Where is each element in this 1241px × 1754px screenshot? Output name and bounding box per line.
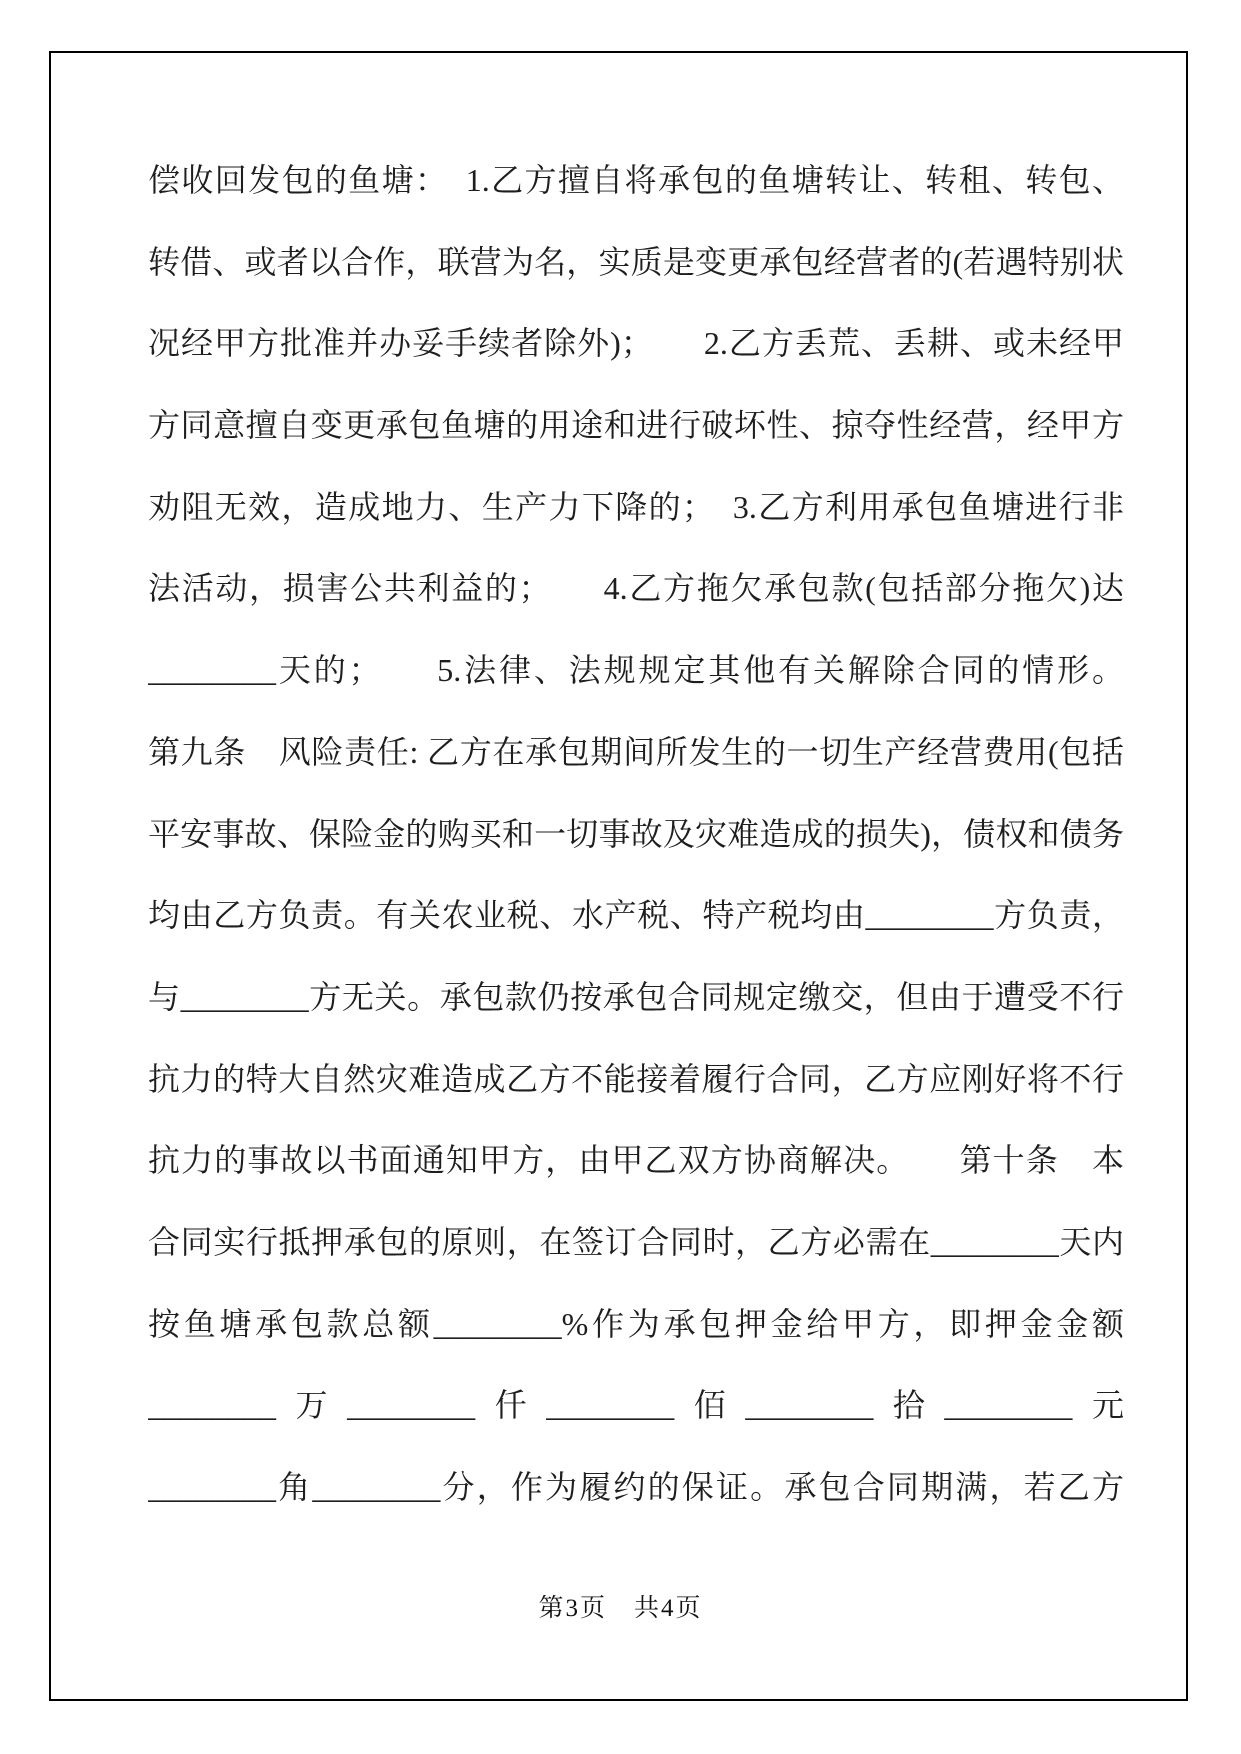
text-line: ________万________仟________佰________拾____… bbox=[148, 1365, 1124, 1447]
text-line: 偿收回发包的鱼塘： 1.乙方擅自将承包的鱼塘转让、转租、转包、 bbox=[148, 140, 1124, 222]
text-line: ________角________分，作为履约的保证。承包合同期满，若乙方 bbox=[148, 1447, 1124, 1529]
contract-text-body: 偿收回发包的鱼塘： 1.乙方擅自将承包的鱼塘转让、转租、转包、转借、或者以合作，… bbox=[148, 140, 1124, 1529]
document-page: 偿收回发包的鱼塘： 1.乙方擅自将承包的鱼塘转让、转租、转包、转借、或者以合作，… bbox=[0, 0, 1241, 1754]
text-line: 况经甲方批准并办妥手续者除外)； 2.乙方丢荒、丢耕、或未经甲 bbox=[148, 303, 1124, 385]
text-line: 抗力的特大自然灾难造成乙方不能接着履行合同，乙方应刚好将不行 bbox=[148, 1039, 1124, 1121]
text-line: 抗力的事故以书面通知甲方，由甲乙双方协商解决。 第十条 本 bbox=[148, 1120, 1124, 1202]
text-line: 按鱼塘承包款总额________%作为承包押金给甲方，即押金金额 bbox=[148, 1284, 1124, 1366]
text-line: 合同实行抵押承包的原则，在签订合同时，乙方必需在________天内 bbox=[148, 1202, 1124, 1284]
text-line: 第九条 风险责任: 乙方在承包期间所发生的一切生产经营费用(包括 bbox=[148, 712, 1124, 794]
page-number-indicator: 第3页 共4页 bbox=[538, 1595, 702, 1622]
text-line: 与________方无关。承包款仍按承包合同规定缴交，但由于遭受不行 bbox=[148, 957, 1124, 1039]
text-line: ________天的； 5.法律、法规规定其他有关解除合同的情形。 bbox=[148, 630, 1124, 712]
text-line: 平安事故、保险金的购买和一切事故及灾难造成的损失)，债权和债务 bbox=[148, 794, 1124, 876]
text-line: 法活动，损害公共利益的； 4.乙方拖欠承包款(包括部分拖欠)达 bbox=[148, 548, 1124, 630]
text-line: 转借、或者以合作，联营为名，实质是变更承包经营者的(若遇特别状 bbox=[148, 222, 1124, 304]
page-footer: 第3页 共4页 bbox=[0, 1594, 1241, 1624]
text-line: 均由乙方负责。有关农业税、水产税、特产税均由________方负责， bbox=[148, 875, 1124, 957]
text-line: 方同意擅自变更承包鱼塘的用途和进行破坏性、掠夺性经营，经甲方 bbox=[148, 385, 1124, 467]
text-line: 劝阻无效，造成地力、生产力下降的； 3.乙方利用承包鱼塘进行非 bbox=[148, 467, 1124, 549]
